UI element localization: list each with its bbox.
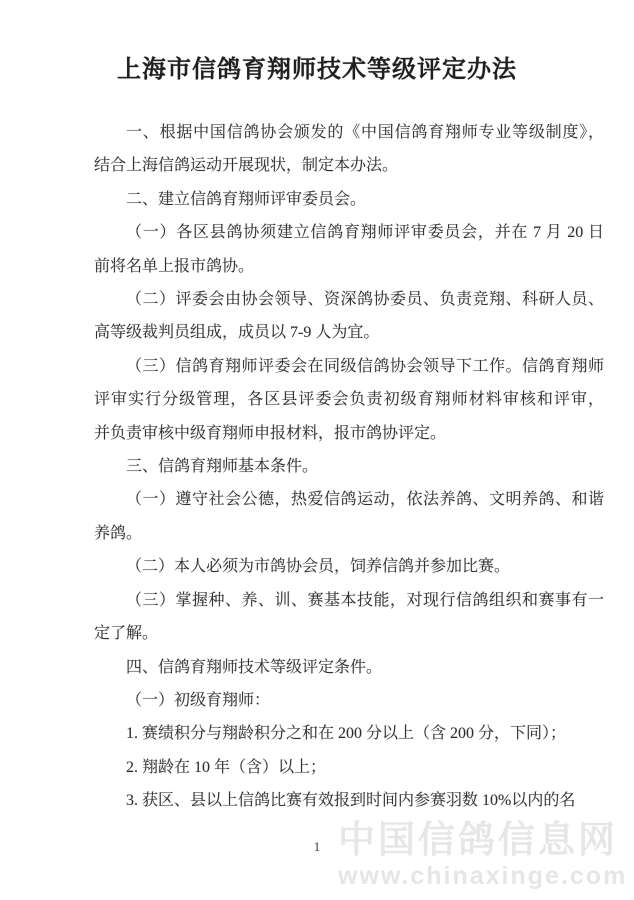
text-line: 一、根据中国信鸽协会颁发的《中国信鸽育翔师专业等级制度》，	[94, 116, 604, 149]
text-line: 二、建立信鸽育翔师评审委员会。	[94, 183, 604, 216]
text-line: 定了解。	[94, 617, 604, 650]
text-line: （三）信鸽育翔师评委会在同级信鸽协会领导下工作。信鸽育翔师	[94, 350, 604, 383]
text-line: 前将名单上报市鸽协。	[94, 250, 604, 283]
document-page: 上海市信鸽育翔师技术等级评定办法 一、根据中国信鸽协会颁发的《中国信鸽育翔师专业…	[0, 0, 634, 900]
text-line: （二）本人必须为市鸽协会员，饲养信鸽并参加比赛。	[94, 550, 604, 583]
text-line: 3. 获区、县以上信鸽比赛有效报到时间内参赛羽数 10%以内的名	[94, 784, 604, 817]
text-line: 四、信鸽育翔师技术等级评定条件。	[94, 651, 604, 684]
text-line: 1. 赛绩积分与翔龄积分之和在 200 分以上（含 200 分，下同）；	[94, 717, 604, 750]
page-title: 上海市信鸽育翔师技术等级评定办法	[0, 0, 634, 88]
text-line: 高等级裁判员组成，成员以 7-9 人为宜。	[94, 316, 604, 349]
text-line: （一）初级育翔师：	[94, 684, 604, 717]
watermark-site-name: 中国信鸽信息网	[338, 820, 634, 859]
text-line: （一）各区县鸽协须建立信鸽育翔师评审委员会，并在 7 月 20 日	[94, 216, 604, 249]
text-line: 三、信鸽育翔师基本条件。	[94, 450, 604, 483]
text-line: 2. 翔龄在 10 年（含）以上；	[94, 751, 604, 784]
text-line: 结合上海信鸽运动开展现状，制定本办法。	[94, 149, 604, 182]
text-line: （三）掌握种、养、训、赛基本技能，对现行信鸽组织和赛事有一	[94, 584, 604, 617]
text-line: 并负责审核中级育翔师申报材料，报市鸽协评定。	[94, 417, 604, 450]
text-line: 养鸽。	[94, 517, 604, 550]
document-body: 一、根据中国信鸽协会颁发的《中国信鸽育翔师专业等级制度》，结合上海信鸽运动开展现…	[0, 116, 634, 818]
text-line: （一）遵守社会公德，热爱信鸽运动，依法养鸽、文明养鸽、和谐	[94, 483, 604, 516]
watermark: 中国信鸽信息网 www.chinaxinge.com	[338, 820, 634, 889]
text-line: （二）评委会由协会领导、资深鸽协委员、负责竞翔、科研人员、	[94, 283, 604, 316]
text-line: 评审实行分级管理，各区县评委会负责初级育翔师材料审核和评审，	[94, 383, 604, 416]
watermark-site-url: www.chinaxinge.com	[338, 864, 634, 889]
